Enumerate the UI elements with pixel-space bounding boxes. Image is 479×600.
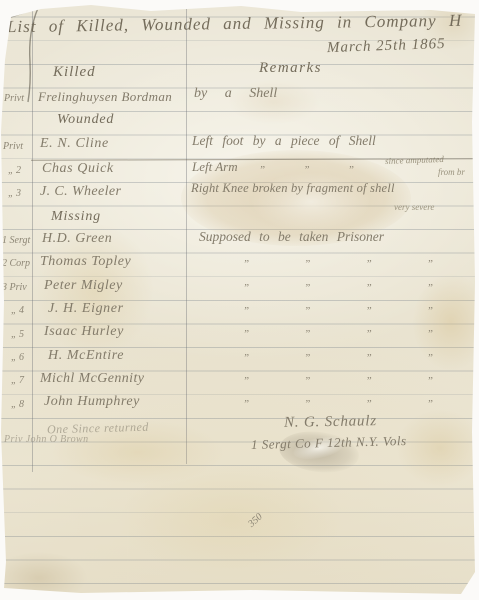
- ditto-mark: ”: [366, 258, 372, 270]
- missing-8-label: „ 8: [11, 399, 24, 410]
- wounded-2-label: „ 2: [8, 165, 21, 176]
- wounded-1-label: Privt: [3, 141, 23, 152]
- manuscript-paper: List of Killed, Wounded and Missing in C…: [1, 2, 477, 595]
- missing-1-remark: Supposed to be taken Prisoner: [199, 229, 384, 245]
- missing-3-name: Peter Migley: [44, 278, 123, 294]
- missing-3-label: 3 Priv: [2, 282, 27, 293]
- ditto-mark: ”: [243, 352, 249, 364]
- ditto-mark: ”: [427, 305, 433, 317]
- ditto-mark: ”: [259, 164, 265, 176]
- column-divider-line: [186, 8, 187, 464]
- signature-title: 1 Sergt Co F 12th N.Y. Vols: [251, 433, 407, 453]
- missing-3-dittos: ””””: [243, 282, 433, 294]
- wounded-3-remark: Right Knee broken by fragment of shell: [191, 181, 395, 196]
- missing-5-dittos: ””””: [243, 328, 433, 340]
- missing-4-name: J. H. Eigner: [48, 301, 124, 317]
- ditto-mark: ”: [427, 352, 433, 364]
- footnote-brown: Priv John O Brown: [4, 434, 88, 445]
- ditto-mark: ”: [303, 164, 309, 176]
- ditto-mark: ”: [243, 328, 249, 340]
- missing-5-name: Isaac Hurley: [44, 324, 124, 340]
- missing-6-label: „ 6: [11, 352, 24, 363]
- ditto-mark: ”: [304, 305, 310, 317]
- ditto-mark: ”: [366, 375, 372, 387]
- stain: [397, 410, 479, 486]
- missing-4-dittos: ””””: [243, 305, 433, 317]
- wounded-1-remark: Left foot by a piece of Shell: [192, 133, 376, 149]
- missing-8-dittos: ””””: [243, 398, 433, 410]
- ditto-mark: ”: [243, 375, 249, 387]
- missing-7-name: Michl McGennity: [40, 371, 144, 387]
- document-title: List of Killed, Wounded and Missing in C…: [7, 11, 462, 37]
- paper-speck: [63, 2, 72, 5]
- ditto-mark: ”: [304, 398, 310, 410]
- wounded-2-remark: Left Arm: [192, 159, 238, 175]
- ditto-mark: ”: [304, 282, 310, 294]
- ditto-mark: ”: [304, 375, 310, 387]
- paper-speck: [300, 7, 305, 10]
- killed-entry-name: Frelinghuysen Bordman: [38, 89, 172, 105]
- column-header-remarks: Remarks: [259, 60, 322, 77]
- document-photo: List of Killed, Wounded and Missing in C…: [0, 0, 479, 600]
- ditto-mark: ”: [366, 398, 372, 410]
- killed-entry-rank: Privt: [4, 93, 24, 104]
- missing-7-label: „ 7: [11, 375, 24, 386]
- missing-2-dittos: ””””: [243, 258, 433, 270]
- missing-8-name: John Humphrey: [44, 394, 140, 410]
- ditto-mark: ”: [427, 398, 433, 410]
- ditto-mark: ”: [366, 282, 372, 294]
- ditto-mark: ”: [243, 305, 249, 317]
- wounded-2-name: Chas Quick: [42, 161, 114, 177]
- missing-6-name: H. McEntire: [48, 348, 124, 364]
- ditto-mark: ”: [304, 328, 310, 340]
- missing-1-label: 1 Sergt: [2, 235, 30, 246]
- missing-4-label: „ 4: [11, 305, 24, 316]
- missing-5-label: „ 5: [11, 329, 24, 340]
- column-header-killed: Killed: [53, 64, 96, 81]
- stain: [0, 552, 87, 600]
- section-header-wounded: Wounded: [57, 112, 114, 128]
- ditto-mark: ”: [304, 258, 310, 270]
- paper-speck: [427, 5, 433, 8]
- document-date: March 25th 1865: [327, 36, 446, 57]
- ditto-mark: ”: [366, 328, 372, 340]
- ditto-mark: ”: [427, 375, 433, 387]
- missing-6-dittos: ””””: [243, 352, 433, 364]
- missing-2-label: 2 Corp: [2, 258, 30, 269]
- missing-7-dittos: ””””: [243, 375, 433, 387]
- ditto-mark: ”: [427, 258, 433, 270]
- ditto-mark: ”: [366, 305, 372, 317]
- page-number-annotation: 350: [246, 511, 265, 529]
- margin-rule-line: [32, 10, 33, 472]
- wounded-2-note: from br: [438, 167, 465, 177]
- ditto-mark: ”: [427, 328, 433, 340]
- missing-2-name: Thomas Topley: [40, 254, 131, 270]
- ditto-mark: ”: [243, 398, 249, 410]
- wounded-3-name: J. C. Wheeler: [40, 184, 121, 200]
- ditto-mark: ”: [243, 258, 249, 270]
- stain: [121, 464, 341, 574]
- section-header-missing: Missing: [51, 209, 101, 225]
- ditto-mark: ”: [366, 352, 372, 364]
- paper-speck: [257, 2, 262, 6]
- wounded-1-note: since amputated: [385, 154, 444, 166]
- ditto-mark: ”: [243, 282, 249, 294]
- killed-entry-remark: by a Shell: [194, 86, 277, 102]
- missing-1-name: H.D. Green: [42, 231, 112, 247]
- ditto-mark: ”: [304, 352, 310, 364]
- paper-speck: [233, 3, 240, 6]
- wounded-1-name: E. N. Cline: [40, 136, 109, 152]
- wounded-3-note: very severe: [394, 202, 434, 212]
- wounded-2-dittos: ” ” ”: [259, 164, 354, 176]
- ditto-mark: ”: [427, 282, 433, 294]
- ditto-mark: ”: [348, 164, 354, 176]
- wounded-3-label: „ 3: [8, 188, 21, 199]
- signature-name: N. G. Schaulz: [284, 413, 377, 432]
